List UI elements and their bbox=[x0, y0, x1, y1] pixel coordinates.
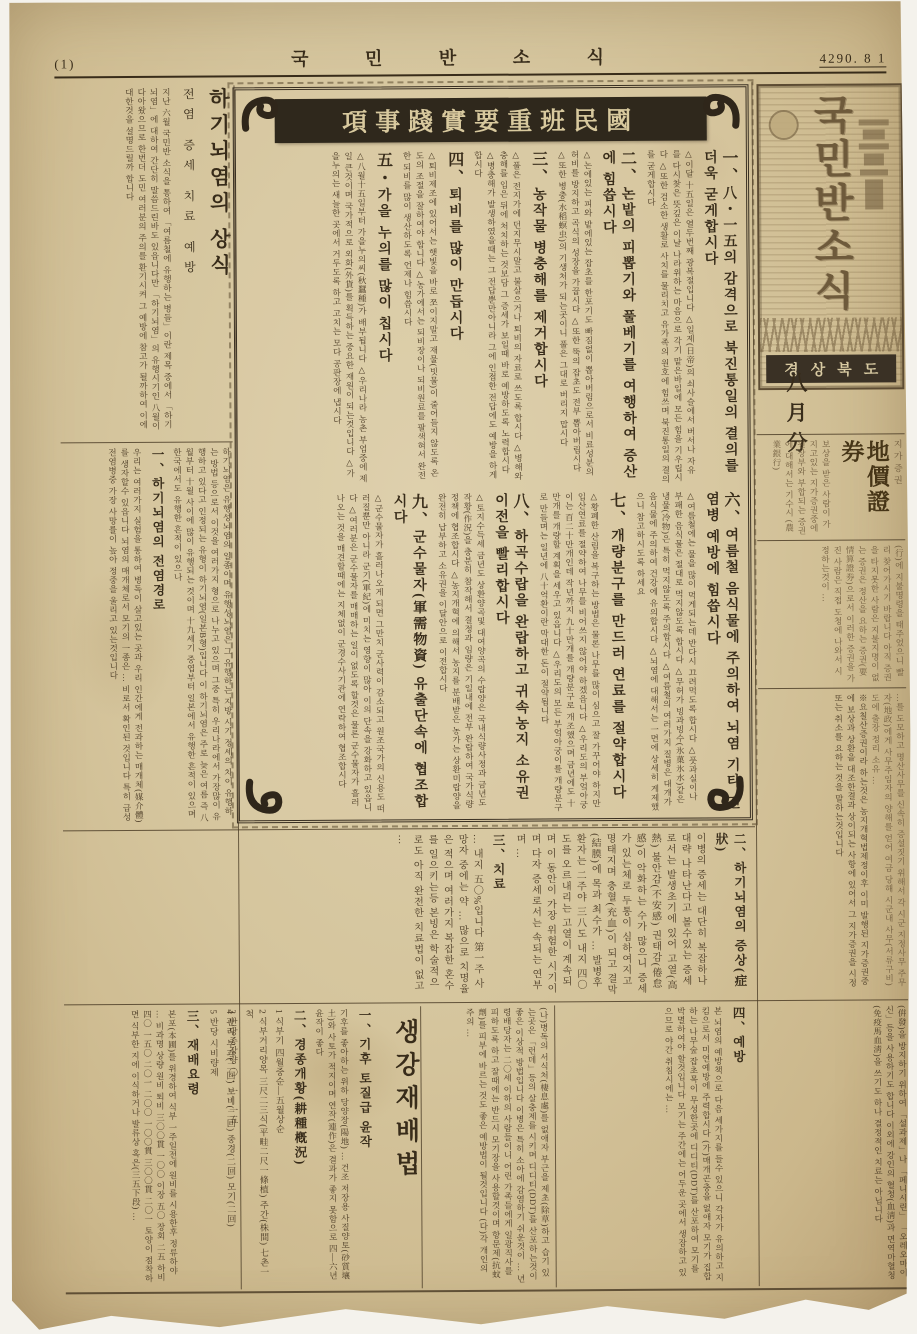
practice-item-body: △논에있는 피와 밭에있는 잡초를 한포기도 빠짐없이 뽑아버림으로서 비료성분… bbox=[556, 150, 596, 484]
column-rule bbox=[420, 1006, 423, 1288]
ginger-article-title: 생강재배법 bbox=[382, 1018, 420, 1284]
practice-item-headline: 六、여름철 음식물에 주의하여 뇌염 기타 전염병 예방에 힘씁시다 bbox=[702, 491, 741, 811]
landbond-paragraph-3-block: …를 도모하고 명산사무를 신속히 증설짓기 위해서 각 시군 지정사무 주무자… bbox=[760, 693, 908, 994]
landbond-header-block: 지가증권 地價證券 보상을 받은 사람이 가지고있는 지가증권중에 원장부와 부… bbox=[759, 439, 906, 536]
landbond-title: 地價證券 bbox=[838, 439, 889, 535]
masthead-logo-text: 국민반소식 bbox=[807, 94, 853, 314]
practice-item-headline: 七、개량분구를 만드러 연료를 절약합시다 bbox=[606, 492, 628, 812]
issue-month-label: 八 月 分 bbox=[758, 393, 904, 430]
ginger-section1-body: 기후를 좋아하는 위하 당양장(陽地) … 건조 저장용 사질양토(砂質壤土)와… bbox=[313, 1009, 352, 1285]
practice-item-headline: 二、논밭의 피뽑기와 풀베기를 여행하여 증산에 힘씁시다 bbox=[599, 150, 639, 484]
ginger-section3-body: 본포(本圃)를 위경하여 식부 一주일전에 원비를 시용한후 정류하야 … 비과… bbox=[129, 1010, 180, 1286]
practice-box-title-banner: 國民班重要實踐事項 bbox=[276, 97, 706, 142]
column-rule bbox=[554, 1005, 557, 1287]
practice-item-7: 七、개량분구를 만드러 연료를 절약합시다 △황폐한 산림을 복구하는 방법은 … bbox=[537, 492, 628, 813]
scanned-newspaper-page: (1) 국 민 반 소 식 4290. 8 1 국민반소식 경상북도 八 月 分… bbox=[0, 0, 917, 1334]
encephalitis-section4-body: 본 뇌염의 예방책으로 다음 세가지를 들수 있으니 각자가 유의하고 지킴으로… bbox=[663, 1006, 726, 1282]
ginger-tips-block: 4 관리 부과(二回) 보비(二回) 중경(二回) 모기(二回) 5 반당 시비… bbox=[64, 1009, 238, 1286]
landbond-paragraph-2: (行)에 지불명령을 태주었으니 빨리 찾어가시기 바랍니다 아직 증권을 타지… bbox=[819, 545, 906, 684]
newspaper-paper: (1) 국 민 반 소 식 4290. 8 1 국민반소식 경상북도 八 月 分… bbox=[4, 0, 914, 1334]
practice-box-title: 國民班重要實踐事項 bbox=[342, 101, 639, 139]
corner-ornament-icon bbox=[240, 94, 280, 134]
corner-ornament-icon bbox=[701, 91, 741, 131]
practice-item-headline: 一、八・一五의 감격으로 북진통일의 결의를 더욱 굳게합시다 bbox=[700, 149, 740, 483]
practice-item-headline: 八、하곡수랍을 완랍하고 귀속농지 소유권 이전을 빨리합시다 bbox=[491, 493, 530, 813]
landbond-note: ※요칠산증권이라 하는것은 농지개혁법제정이후 이미 발행된 지가증권중에 보상… bbox=[832, 693, 871, 993]
practice-item-body: △여름철에는 물을 많이 먹게되는데 반다시 끄려먹도록 합시다 △풋과실이나 … bbox=[634, 492, 700, 812]
landbond-paragraph-2-block: (行)에 지불명령을 태주었으니 빨리 찾어가시기 바랍니다 아직 증권을 타지… bbox=[759, 545, 906, 684]
issue-date: 4290. 8 1 bbox=[820, 50, 887, 67]
encephalitis-treatment-cont-block: (倂發)을 방지하기 위하여 「설과제」나 「페니시린」 「오레오마이신」등을 … bbox=[762, 1005, 910, 1282]
practice-items-band-1: 一、八・一五의 감격으로 북진통일의 결의를 더욱 굳게합시다 △이달 十五일은… bbox=[248, 149, 740, 486]
encephalitis-prevention-block: 四、예방 본 뇌염의 예방책으로 다음 세가지를 들수 있으니 각자가 유의하고… bbox=[562, 1006, 754, 1283]
practice-item-body: △八월十五일부터 가을누의씨(秋蠶種)가 배부됩니다 △우리나라 농촌 부업중에… bbox=[329, 152, 369, 486]
encephalitis-section4b-body: (나)병독의 서식처(棲息處)를 없애자 부근을 제초(除草)하고 습기 있는곳… bbox=[464, 1007, 552, 1284]
practice-item-2: 二、논밭의 피뽑기와 풀베기를 여행하여 증산에 힘씁시다 △논에있는 피와 밭… bbox=[556, 150, 639, 484]
practice-items-band-2: 六、여름철 음식물에 주의하여 뇌염 기타 전염병 예방에 힘씁시다 △여름철에… bbox=[250, 491, 742, 814]
encephalitis-section2-body: 이병의 증세는 대단히 복잡하나 대략 나타난다고 볼수있는 증세로서는 발생초… bbox=[512, 832, 708, 997]
practice-items-box: 國民班重要實踐事項 一、八・一五의 감격으로 북진통일의 결의를 더욱 굳게합시… bbox=[232, 84, 752, 823]
corner-ornament-icon bbox=[244, 776, 284, 816]
encephalitis-section1-body: 우리는 여러가지 실험을 통하여 병독이 살고있는 곳과 우리 인간에게 전과하… bbox=[106, 448, 145, 824]
practice-item-headline: 三、농작물 병충해를 제거합시다 bbox=[528, 150, 550, 484]
practice-item-1: 一、八・一五의 감격으로 북진통일의 결의를 더욱 굳게합시다 △이달 十五일은… bbox=[644, 149, 740, 484]
encephalitis-midband-block: 二、하기뇌염의 증상(症狀) 이병의 증세는 대단히 복잡하나 대략 나타난다고… bbox=[249, 832, 754, 999]
encephalitis-title: 하기뇌염의 상식 bbox=[205, 87, 232, 437]
ginger-list-item: 5 반당 시비량제 bbox=[206, 1009, 221, 1285]
page-number: (1) bbox=[54, 56, 75, 72]
encephalitis-section3-body: … 내지 五〇%입니다 第一주 사망자 중에는 약 … 많으로 치명율은 적으며… bbox=[394, 834, 485, 999]
encephalitis-head-block: 하기뇌염의 상식 전염 증세 치료 예방 지난 六월 국민반 소식을 통하여 「… bbox=[58, 87, 232, 438]
encephalitis-prevention-b-block: (나)병독의 서식처(棲息處)를 없애자 부근을 제초(除草)하고 습기 있는곳… bbox=[428, 1007, 552, 1284]
practice-item-5: 五・가을 누의를 많이 칩시다 △八월十五일부터 가을누의씨(秋蠶種)가 배부됩… bbox=[329, 151, 394, 485]
practice-item-headline: 四、퇴비를 많이 만듭시다 bbox=[444, 151, 466, 485]
sun-ornament bbox=[771, 112, 797, 138]
practice-item-9: 九、군수물자(軍需物資) 유출단속에 협조합시다 △군수물자가 흘러나오게 되면… bbox=[334, 493, 429, 814]
page-header: (1) 국 민 반 소 식 4290. 8 1 bbox=[54, 41, 886, 78]
practice-item-headline: 五・가을 누의를 많이 칩시다 bbox=[372, 151, 394, 485]
practice-item-4: 四、퇴비를 많이 만듭시다 △퇴비제조에 있어서는 햇빛을 바로 쪼이지말고 재… bbox=[400, 151, 465, 485]
grass-ornament bbox=[760, 317, 902, 352]
ginger-section3-heading: 三、재배요령 bbox=[183, 1010, 203, 1286]
encephalitis-intro2-block: 하기뇌염은 유행성뇌염의 일종이며 유행성뇌염은 그 유행하는 지방 시기 정세… bbox=[61, 447, 235, 824]
practice-item-6: 六、여름철 음식물에 주의하여 뇌염 기타 전염병 예방에 힘씁시다 △여름철에… bbox=[634, 491, 742, 812]
practice-item-body: △군수물자가 흘러나오게 되면 그만치 군사력이 감소되고 원조국가의 신용도 … bbox=[334, 493, 387, 813]
practice-item-body: △이달 十五일은 열두번째 광복절입니다 △일제(日帝)의 쇠사슬에서 버서나 … bbox=[644, 150, 697, 484]
encephalitis-intro: 지난 六월 국민반 소식을 통하여 「여름철에 유행하는 병들」이란 제목 중에… bbox=[123, 88, 174, 438]
landbond-paragraph-1: 보상을 받은 사람이 가지고있는 지가증권중에 원장부와 부합되는 증권에 대해… bbox=[770, 440, 832, 536]
practice-item-body: △토지수득세 금년도 상환양곡및 대여양곡의 수랍양은 국내식량사정과 금년도 … bbox=[435, 493, 488, 813]
encephalitis-section4-heading: 四、예방 bbox=[729, 1006, 749, 1282]
practice-item-body: △풀은 전지가에 던지무시말고 불살으거나 퇴비의 자료로 쓰도록 합시다 △병… bbox=[472, 151, 525, 485]
encephalitis-section3-heading: 三、치료 bbox=[489, 834, 508, 998]
practice-item-3: 三、농작물 병충해를 제거합시다 △풀은 전지가에 던지무시말고 불살으거나 퇴… bbox=[472, 150, 550, 484]
landbond-paragraph-3: …를 도모하고 명산사무를 신속히 증설짓기 위해서 각 시군 지정사무 주무자… bbox=[869, 693, 908, 993]
encephalitis-subtitle: 전염 증세 치료 예방 bbox=[180, 88, 199, 438]
ginger-section1-heading: 一、기후 토질급 윤작 bbox=[355, 1009, 375, 1285]
newspaper-title: 국 민 반 소 식 bbox=[265, 43, 630, 71]
practice-item-body: △퇴비제조에 있어서는 햇빛을 바로 쪼이지말고 재물(빗물)이 줄어들지 않도… bbox=[400, 151, 440, 485]
ginger-list-item: 4 관리 부과(二回) 보비(二回) 중경(二回) 모기(二回) bbox=[223, 1009, 238, 1285]
practice-item-headline: 九、군수물자(軍需物資) 유출단속에 협조합시다 bbox=[390, 493, 429, 813]
masthead-woodcut: 국민반소식 경상북도 bbox=[756, 83, 904, 390]
pagoda-ornament bbox=[857, 115, 892, 235]
corner-ornament-icon bbox=[706, 773, 746, 813]
encephalitis-intro2: 하기뇌염은 유행성뇌염의 일종이며 유행성뇌염은 그 유행하는 지방 시기 정세… bbox=[171, 447, 235, 823]
encephalitis-section1-heading: 一、하기뇌염의 전염경로 bbox=[148, 448, 168, 824]
practice-item-8: 八、하곡수랍을 완랍하고 귀속농지 소유권 이전을 빨리합시다 △토지수득세 금… bbox=[435, 493, 530, 814]
ginger-sections-block: 一、기후 토질급 윤작 기후를 좋아하는 위하 당양장(陽地) … 건조 저장용… bbox=[240, 1009, 380, 1286]
encephalitis-section2-heading: 二、하기뇌염의 증상(症狀) bbox=[712, 832, 749, 996]
ginger-section2-heading: 二、경종개황(耕種槪況) bbox=[290, 1009, 310, 1285]
ginger-list-item: 1 식부기 四월중순—五월상순 bbox=[272, 1009, 287, 1285]
practice-item-body: △황폐한 산림을 복구하는 방법은 물론 나무를 많이 심으고 잘 가꾸어야 하… bbox=[537, 492, 603, 812]
landbond-side-label: 지가증권 bbox=[892, 439, 906, 535]
ginger-list-item: 2 식부거리양목 三尺二三식(平畦二尺一條植) 주간(株間) 七촌一척 bbox=[242, 1009, 271, 1285]
encephalitis-treatment-cont: (倂發)을 방지하기 위하여 「설과제」나 「페니시린」 「오레오마이신」등을 … bbox=[871, 1005, 910, 1281]
